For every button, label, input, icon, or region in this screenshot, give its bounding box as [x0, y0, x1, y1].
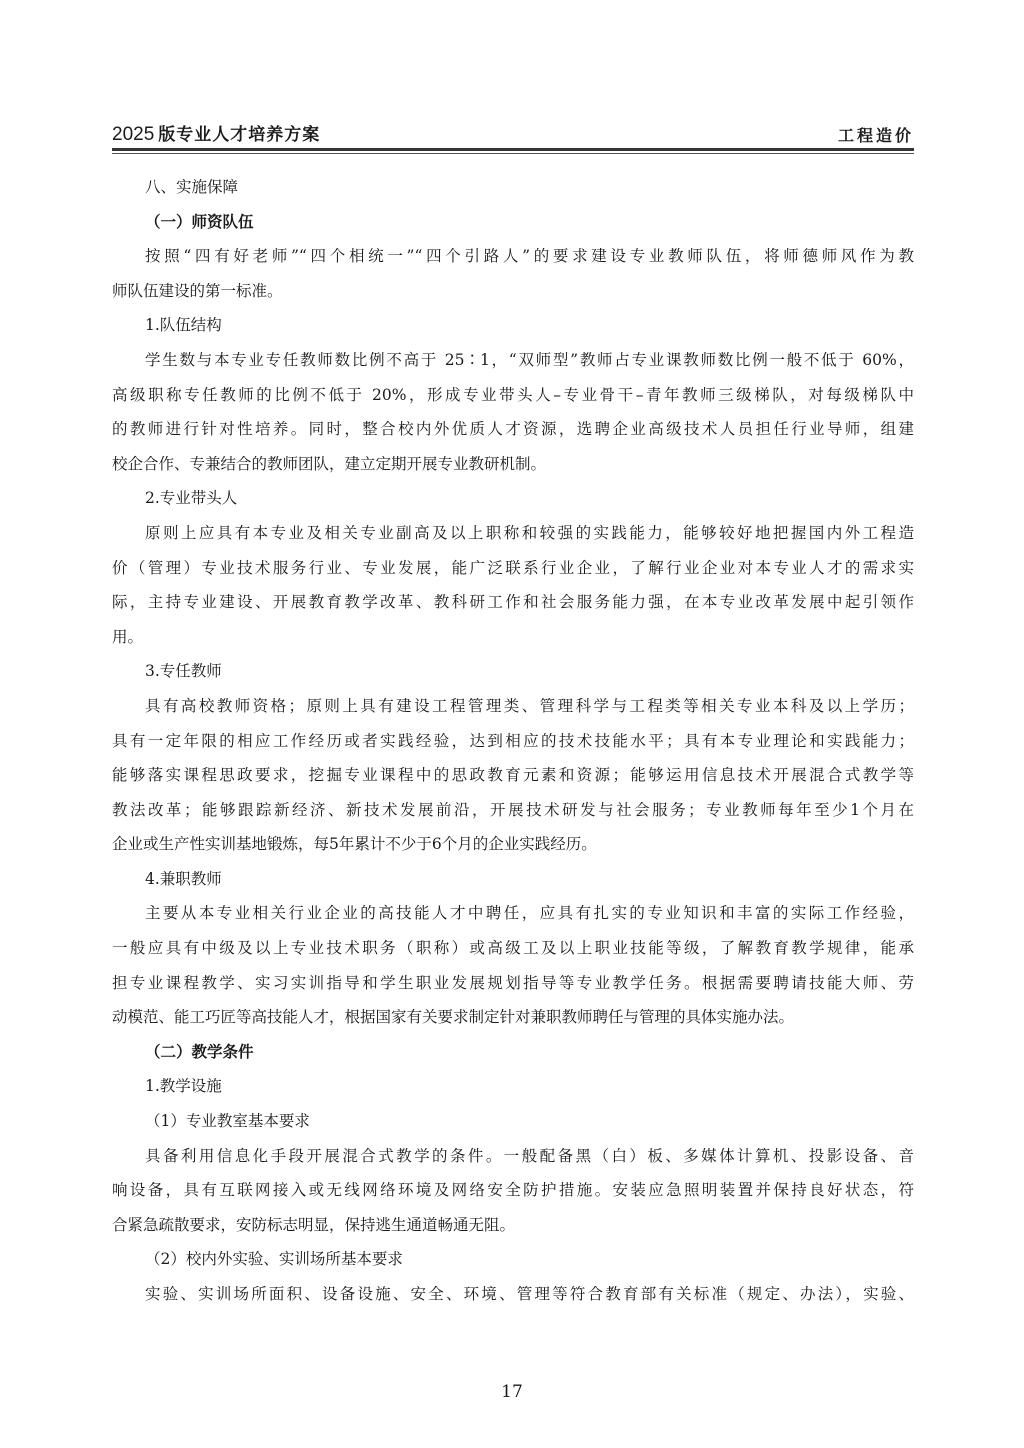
page-header: 2025版专业人才培养方案 工程造价 [112, 124, 914, 148]
paragraph-line: 担专业课程教学、实习实训指导和学生职业发展规划指导等专业教学任务。根据需要聘请技… [112, 966, 914, 1001]
paragraph-line: 企业或生产性实训基地锻炼，每5年累计不少于6个月的企业实践经历。 [112, 827, 914, 862]
paragraph-line: 师队伍建设的第一标准。 [112, 274, 914, 309]
item-heading: 3.专任教师 [112, 654, 914, 689]
paragraph-line: 际，主持专业建设、开展教育教学改革、教科研工作和社会服务能力强，在本专业改革发展… [112, 585, 914, 620]
paragraph-line: 的教师进行针对性培养。同时，整合校内外优质人才资源，选聘企业高级技术人员担任行业… [112, 412, 914, 447]
item-heading: 1.教学设施 [112, 1069, 914, 1104]
sub-item-heading: （1）专业教室基本要求 [112, 1104, 914, 1139]
header-major: 工程造价 [838, 123, 914, 146]
paragraph-line: 高级职称专任教师的比例不低于 20%，形成专业带头人–专业骨干–青年教师三级梯队… [112, 378, 914, 413]
paragraph-line: 用。 [112, 620, 914, 655]
paragraph-line: 具有高校教师资格；原则上具有建设工程管理类、管理科学与工程类等相关专业本科及以上… [112, 689, 914, 724]
header-document-title: 2025版专业人才培养方案 [112, 120, 320, 146]
paragraph-line: 能够落实课程思政要求，挖掘专业课程中的思政教育元素和资源；能够运用信息技术开展混… [112, 758, 914, 793]
paragraph-line: 主要从本专业相关行业企业的高技能人才中聘任，应具有扎实的专业知识和丰富的实际工作… [112, 896, 914, 931]
paragraph-line: 一般应具有中级及以上专业技术职务（职称）或高级工及以上职业技能等级，了解教育教学… [112, 931, 914, 966]
paragraph-line: 原则上应具有本专业及相关专业副高及以上职称和较强的实践能力，能够较好地把握国内外… [112, 516, 914, 551]
paragraph-line: 实验、实训场所面积、设备设施、安全、环境、管理等符合教育部有关标准（规定、办法）… [112, 1277, 914, 1312]
section-heading: 八、实施保障 [112, 170, 914, 205]
paragraph-line: 响设备，具有互联网接入或无线网络环境及网络安全防护措施。安装应急照明装置并保持良… [112, 1173, 914, 1208]
item-heading: 2.专业带头人 [112, 481, 914, 516]
paragraph-line: 具备利用信息化手段开展混合式教学的条件。一般配备黑（白）板、多媒体计算机、投影设… [112, 1139, 914, 1174]
page-number: 17 [0, 1382, 1024, 1402]
subsection-heading: （一）师资队伍 [112, 205, 914, 240]
paragraph-line: 价（管理）专业技术服务行业、专业发展，能广泛联系行业企业，了解行业企业对本专业人… [112, 551, 914, 586]
item-heading: 1.队伍结构 [112, 308, 914, 343]
header-rule-thick [112, 148, 914, 151]
paragraph-line: 按照“四有好老师”“四个相统一”“四个引路人”的要求建设专业教师队伍，将师德师风… [112, 239, 914, 274]
header-year: 2025 [112, 124, 154, 145]
header-title-text: 版专业人才培养方案 [158, 125, 320, 145]
paragraph-line: 具有一定年限的相应工作经历或者实践经验，达到相应的技术技能水平；具有本专业理论和… [112, 724, 914, 759]
item-heading: 4.兼职教师 [112, 862, 914, 897]
paragraph-line: 学生数与本专业专任教师数比例不高于 25∶1，“双师型”教师占专业课教师数比例一… [112, 343, 914, 378]
sub-item-heading: （2）校内外实验、实训场所基本要求 [112, 1242, 914, 1277]
paragraph-line: 教法改革；能够跟踪新经济、新技术发展前沿，开展技术研发与社会服务；专业教师每年至… [112, 793, 914, 828]
subsection-heading: （二）教学条件 [112, 1035, 914, 1070]
paragraph-line: 动模范、能工巧匠等高技能人才，根据国家有关要求制定针对兼职教师聘任与管理的具体实… [112, 1000, 914, 1035]
page-body: 八、实施保障 （一）师资队伍 按照“四有好老师”“四个相统一”“四个引路人”的要… [112, 170, 914, 1312]
header-rule-thin [112, 153, 914, 154]
paragraph-line: 校企合作、专兼结合的教师团队，建立定期开展专业教研机制。 [112, 447, 914, 482]
paragraph-line: 合紧急疏散要求，安防标志明显，保持逃生通道畅通无阻。 [112, 1208, 914, 1243]
